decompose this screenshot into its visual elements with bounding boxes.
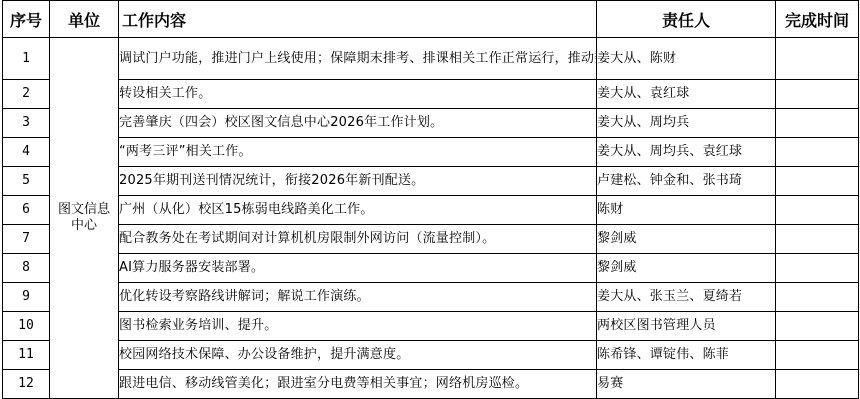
cell-owner[interactable]: 姜大从、周均兵 — [597, 109, 776, 138]
cell-owner[interactable]: 两校区图书管理人员 — [597, 312, 776, 341]
cell-content[interactable]: 配合教务处在考试期间对计算机机房限制外网访问（流量控制）。 — [119, 225, 597, 254]
cell-seq[interactable]: 11 — [3, 341, 50, 370]
cell-seq[interactable]: 7 — [3, 225, 50, 254]
cell-seq[interactable]: 4 — [3, 138, 50, 167]
cell-deadline[interactable] — [776, 370, 859, 397]
cell-seq[interactable]: 6 — [3, 196, 50, 225]
cell-deadline[interactable] — [776, 109, 859, 138]
cell-deadline[interactable] — [776, 225, 859, 254]
header-owner[interactable]: 责任人 — [597, 1, 776, 38]
cell-content[interactable]: 完善肇庆（四会）校区图文信息中心2026年工作计划。 — [119, 109, 597, 138]
table-row: 2 转设相关工作。 姜大从、袁红球 — [3, 80, 859, 109]
cell-content[interactable]: 2025年期刊送刊情况统计，衔接2026年新刊配送。 — [119, 167, 597, 196]
work-plan-sheet: 序号 单位 工作内容 责任人 完成时间 1 图文信息 中心 调试门户功能，推进门… — [2, 0, 859, 396]
table-row: 10 图书检索业务培训、提升。 两校区图书管理人员 — [3, 312, 859, 341]
table-row: 4 “两考三评”相关工作。 姜大从、周均兵、袁红球 — [3, 138, 859, 167]
table-row: 1 图文信息 中心 调试门户功能，推进门户上线使用；保障期末排考、排课相关工作正… — [3, 38, 859, 80]
cell-content[interactable]: 图书检索业务培训、提升。 — [119, 312, 597, 341]
cell-owner[interactable]: 黎剑威 — [597, 225, 776, 254]
cell-content[interactable]: “两考三评”相关工作。 — [119, 138, 597, 167]
table-row: 3 完善肇庆（四会）校区图文信息中心2026年工作计划。 姜大从、周均兵 — [3, 109, 859, 138]
cell-owner[interactable]: 黎剑威 — [597, 254, 776, 283]
cell-deadline[interactable] — [776, 312, 859, 341]
table-row: 12 跟进电信、移动线管美化；跟进室分电费等相关事宜；网络机房巡检。 易赛 — [3, 370, 859, 397]
cell-deadline[interactable] — [776, 80, 859, 109]
cell-seq[interactable]: 5 — [3, 167, 50, 196]
header-deadline[interactable]: 完成时间 — [776, 1, 859, 38]
cell-content[interactable]: 广州（从化）校区15栋弱电线路美化工作。 — [119, 196, 597, 225]
table-row: 7 配合教务处在考试期间对计算机机房限制外网访问（流量控制）。 黎剑威 — [3, 225, 859, 254]
cell-seq[interactable]: 10 — [3, 312, 50, 341]
cell-owner[interactable]: 易赛 — [597, 370, 776, 397]
cell-content[interactable]: AI算力服务器安装部署。 — [119, 254, 597, 283]
cell-seq[interactable]: 12 — [3, 370, 50, 397]
cell-deadline[interactable] — [776, 196, 859, 225]
cell-deadline[interactable] — [776, 38, 859, 80]
work-plan-table: 序号 单位 工作内容 责任人 完成时间 1 图文信息 中心 调试门户功能，推进门… — [2, 0, 859, 396]
cell-seq[interactable]: 2 — [3, 80, 50, 109]
table-row: 8 AI算力服务器安装部署。 黎剑威 — [3, 254, 859, 283]
cell-owner[interactable]: 陈财 — [597, 196, 776, 225]
cell-seq[interactable]: 8 — [3, 254, 50, 283]
table-row: 9 优化转设考察路线讲解词；解说工作演练。 姜大从、张玉兰、夏绮若 — [3, 283, 859, 312]
cell-owner[interactable]: 卢建松、钟金和、张书琦 — [597, 167, 776, 196]
cell-deadline[interactable] — [776, 341, 859, 370]
table-row: 11 校园网络技术保障、办公设备维护，提升满意度。 陈希锋、谭锭伟、陈菲 — [3, 341, 859, 370]
cell-seq[interactable]: 3 — [3, 109, 50, 138]
cell-owner[interactable]: 姜大从、陈财 — [597, 38, 776, 80]
cell-content[interactable]: 优化转设考察路线讲解词；解说工作演练。 — [119, 283, 597, 312]
cell-deadline[interactable] — [776, 283, 859, 312]
cell-content[interactable]: 转设相关工作。 — [119, 80, 597, 109]
header-seq[interactable]: 序号 — [3, 1, 50, 38]
header-row: 序号 单位 工作内容 责任人 完成时间 — [3, 1, 859, 38]
cell-deadline[interactable] — [776, 254, 859, 283]
cell-content[interactable]: 跟进电信、移动线管美化；跟进室分电费等相关事宜；网络机房巡检。 — [119, 370, 597, 397]
cell-owner[interactable]: 姜大从、袁红球 — [597, 80, 776, 109]
cell-owner[interactable]: 姜大从、周均兵、袁红球 — [597, 138, 776, 167]
cell-seq[interactable]: 1 — [3, 38, 50, 80]
cell-owner[interactable]: 陈希锋、谭锭伟、陈菲 — [597, 341, 776, 370]
unit-label-line1: 图文信息 — [50, 202, 118, 218]
cell-deadline[interactable] — [776, 138, 859, 167]
header-content[interactable]: 工作内容 — [119, 1, 597, 38]
cell-content[interactable]: 调试门户功能，推进门户上线使用；保障期末排考、排课相关工作正常运行，推动数字化校… — [119, 38, 597, 80]
unit-label-line2: 中心 — [50, 218, 118, 234]
table-row: 6 广州（从化）校区15栋弱电线路美化工作。 陈财 — [3, 196, 859, 225]
cell-owner[interactable]: 姜大从、张玉兰、夏绮若 — [597, 283, 776, 312]
cell-unit-merged[interactable]: 图文信息 中心 — [50, 38, 119, 397]
table-row: 5 2025年期刊送刊情况统计，衔接2026年新刊配送。 卢建松、钟金和、张书琦 — [3, 167, 859, 196]
cell-content[interactable]: 校园网络技术保障、办公设备维护，提升满意度。 — [119, 341, 597, 370]
cell-seq[interactable]: 9 — [3, 283, 50, 312]
header-unit[interactable]: 单位 — [50, 1, 119, 38]
cell-deadline[interactable] — [776, 167, 859, 196]
